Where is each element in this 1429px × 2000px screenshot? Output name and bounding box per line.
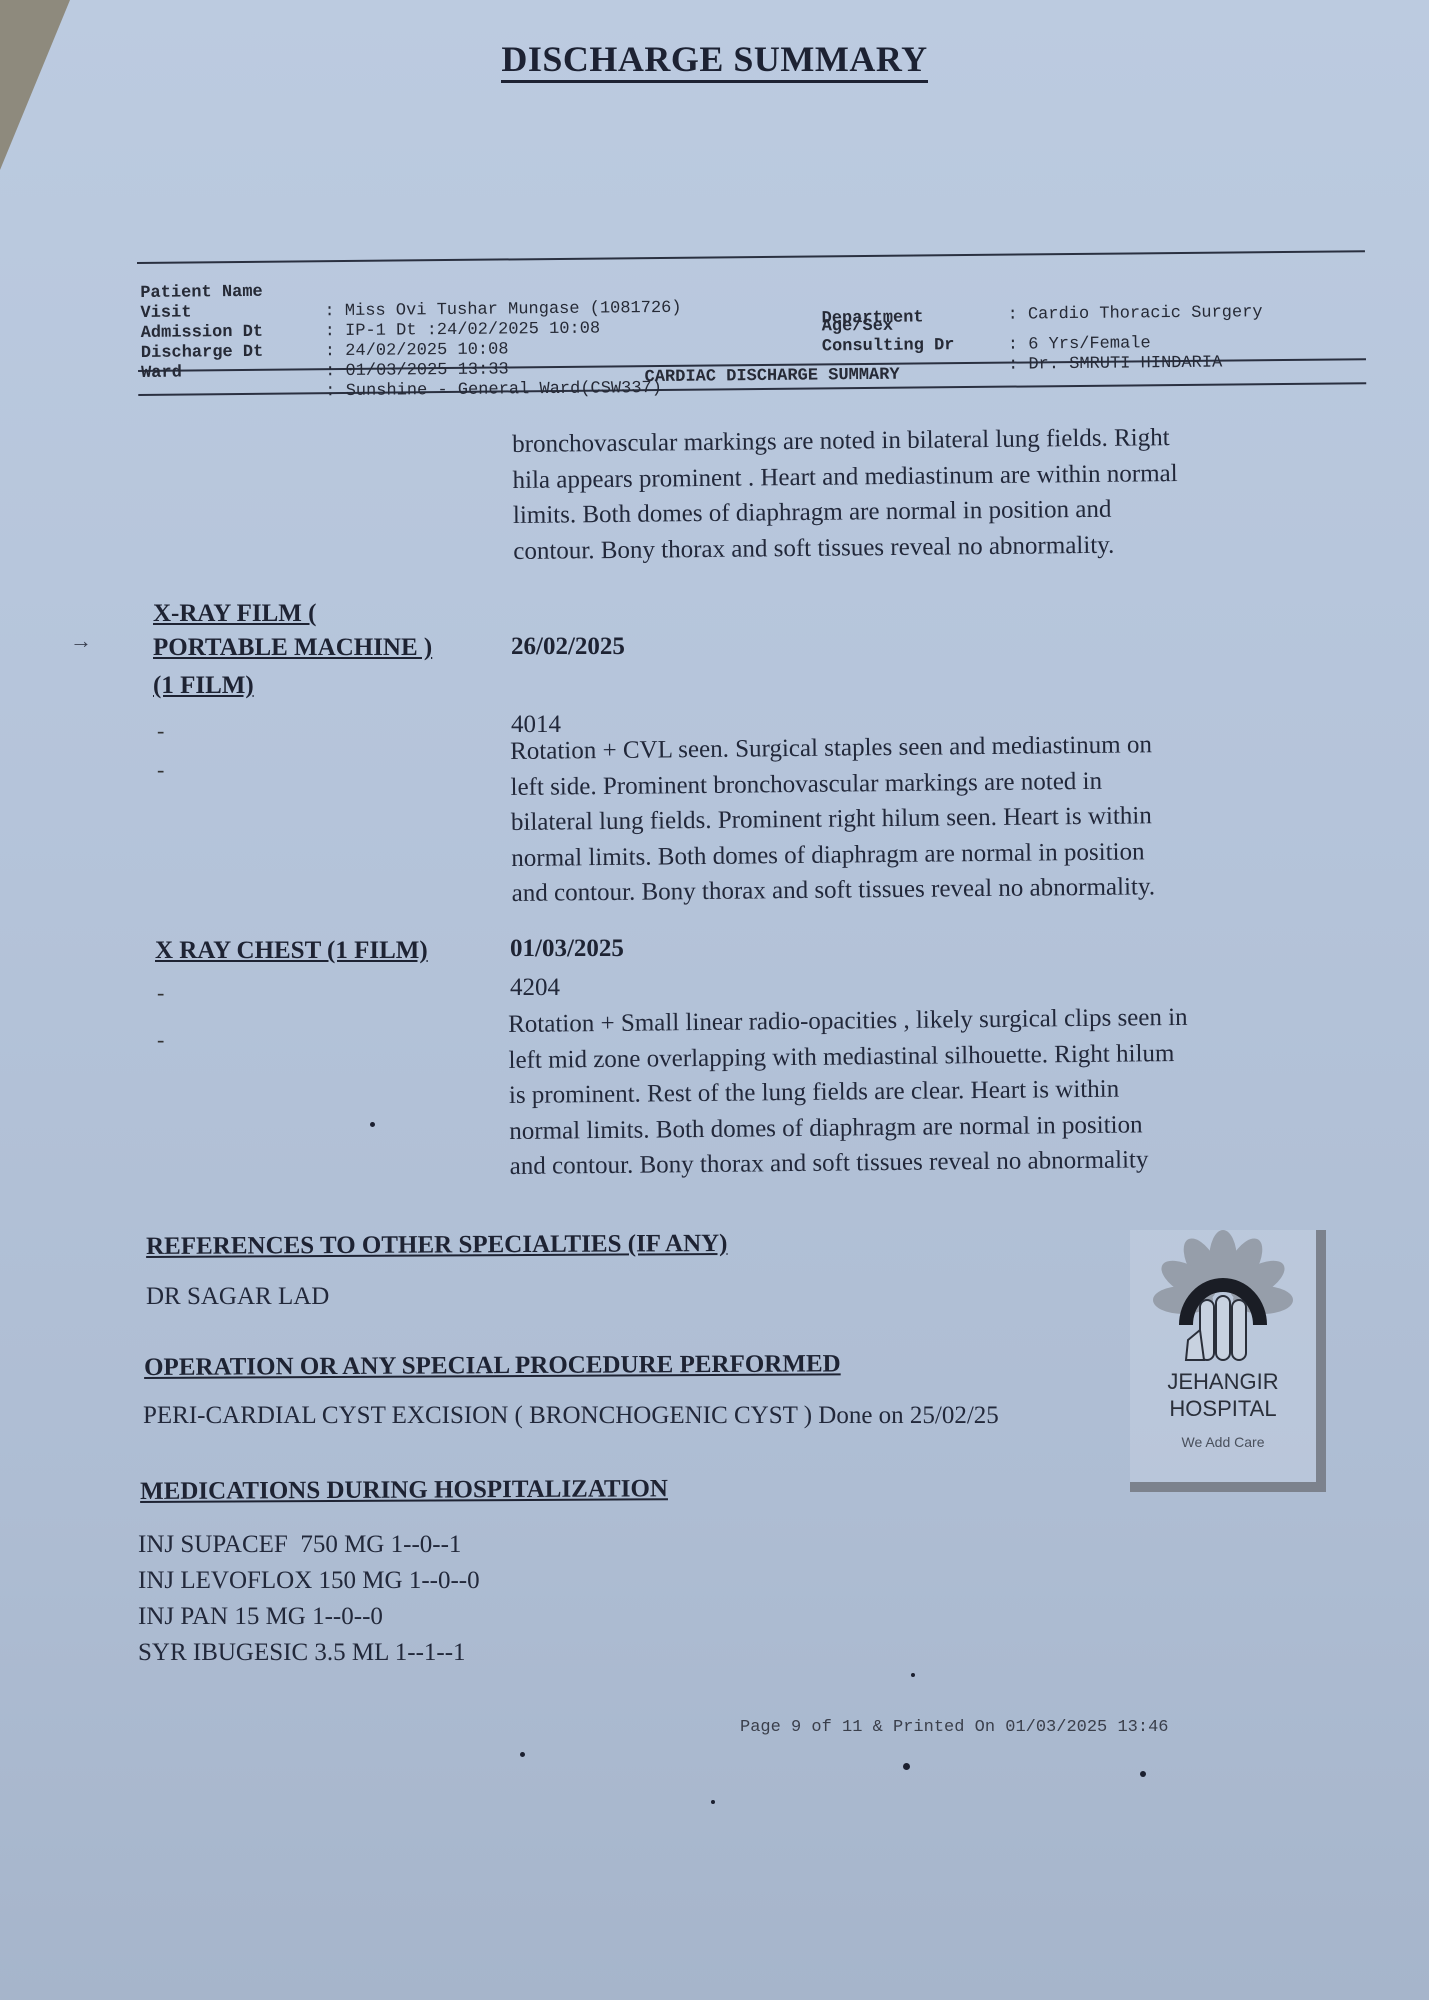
medication-item: SYR IBUGESIC 3.5 ML 1--1--1 xyxy=(138,1635,480,1671)
speck xyxy=(370,1122,375,1127)
investigation-label: (1 FILM) xyxy=(153,670,254,701)
investigation-label: PORTABLE MACHINE ) xyxy=(153,632,432,663)
medication-item: INJ LEVOFLOX 150 MG 1--0--0 xyxy=(138,1563,480,1599)
stamp-hospital-name: JEHANGIR HOSPITAL xyxy=(1130,1368,1316,1422)
continued-findings: bronchovascular markings are noted in bi… xyxy=(512,420,1179,569)
speck xyxy=(520,1752,525,1757)
department-value: : Cardio Thoracic Surgery xyxy=(1007,303,1262,325)
investigation-label: X RAY CHEST (1 FILM) xyxy=(155,935,428,966)
investigation-findings: Rotation + Small linear radio-opacities … xyxy=(508,1000,1189,1185)
dash-marker: - xyxy=(157,718,164,744)
operation-heading: OPERATION OR ANY SPECIAL PROCEDURE PERFO… xyxy=(144,1350,841,1382)
operation-value: PERI-CARDIAL CYST EXCISION ( BRONCHOGENI… xyxy=(143,1402,999,1430)
findings-line: and contour. Bony thorax and soft tissue… xyxy=(509,1142,1189,1185)
dash-marker: - xyxy=(157,757,164,783)
hospital-stamp: JEHANGIR HOSPITAL We Add Care xyxy=(1130,1230,1326,1492)
dash-marker: - xyxy=(157,980,164,1006)
page-footer: Page 9 of 11 & Printed On 01/03/2025 13:… xyxy=(740,1718,1168,1737)
margin-mark: → xyxy=(70,628,92,654)
references-value: DR SAGAR LAD xyxy=(146,1283,329,1311)
document-title: DISCHARGE SUMMARY xyxy=(0,38,1429,80)
investigation-label: X-RAY FILM ( xyxy=(153,598,316,629)
dash-marker: - xyxy=(157,1027,164,1053)
stamp-name-line: HOSPITAL xyxy=(1130,1395,1316,1422)
medications-list: INJ SUPACEF 750 MG 1--0--1 INJ LEVOFLOX … xyxy=(138,1527,480,1671)
consulting-dr-value: : Dr. SMRUTI HINDARIA xyxy=(1008,354,1222,376)
ward-value: : Sunshine - General Ward(CSW337) xyxy=(325,379,662,402)
investigation-findings: Rotation + CVL seen. Surgical staples se… xyxy=(510,727,1155,911)
speck xyxy=(711,1800,715,1804)
findings-line: contour. Bony thorax and soft tissues re… xyxy=(513,527,1178,569)
jehangir-logo-icon xyxy=(1138,1230,1308,1370)
investigation-date: 01/03/2025 xyxy=(510,935,624,963)
investigation-code: 4204 xyxy=(510,974,560,1002)
references-heading: REFERENCES TO OTHER SPECIALTIES (IF ANY) xyxy=(146,1230,728,1261)
medications-heading: MEDICATIONS DURING HOSPITALIZATION xyxy=(140,1475,668,1506)
findings-line: Rotation + CVL seen. Surgical staples se… xyxy=(510,727,1154,769)
stamp-tagline: We Add Care xyxy=(1130,1434,1316,1450)
patient-header: Patient Name : Miss Ovi Tushar Mungase (… xyxy=(137,250,1366,396)
speck xyxy=(1140,1771,1146,1777)
medication-item: INJ SUPACEF 750 MG 1--0--1 xyxy=(138,1527,480,1563)
speck xyxy=(911,1673,915,1677)
background-corner xyxy=(0,0,70,170)
department-label: Department xyxy=(821,308,923,329)
discharge-date-value: : 01/03/2025 13:33 xyxy=(325,360,509,382)
investigation-date: 26/02/2025 xyxy=(511,633,625,661)
speck xyxy=(903,1763,910,1770)
document-page: DISCHARGE SUMMARY Patient Name : Miss Ov… xyxy=(0,0,1429,2000)
findings-line: and contour. Bony thorax and soft tissue… xyxy=(511,869,1155,911)
medication-item: INJ PAN 15 MG 1--0--0 xyxy=(138,1599,480,1635)
stamp-name-line: JEHANGIR xyxy=(1130,1368,1316,1395)
findings-line: bilateral lung fields. Prominent right h… xyxy=(511,798,1155,840)
ward-label: Ward xyxy=(141,364,182,384)
